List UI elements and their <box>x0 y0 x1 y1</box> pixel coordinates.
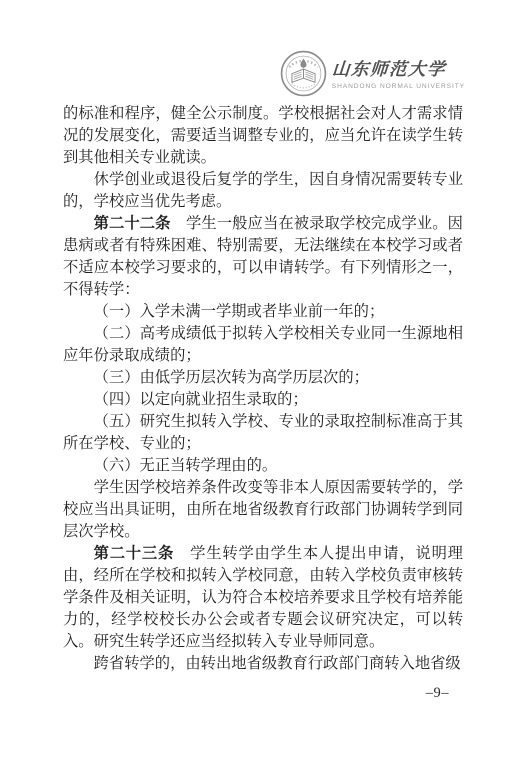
paragraph-text: 的标准和程序，健全公示制度。学校根据社会对人才需求情况的发展变化，需要适当调整专… <box>63 105 463 166</box>
paragraph: 休学创业或退役后复学的学生，因自身情况需要转专业的，学校应当优先考虑。 <box>63 169 463 213</box>
logo-names: 山东师范大学 SHANDONG NORMAL UNIVERSITY <box>332 57 465 91</box>
paragraph: （四）以定向就业招生录取的； <box>63 389 463 411</box>
paragraph: 跨省转学的，由转出地省级教育行政部门商转入地省级 <box>63 653 463 675</box>
paragraph: （一）入学未满一学期或者毕业前一年的； <box>63 301 463 323</box>
page-footer: –9– <box>63 684 463 702</box>
article-number: 第二十二条 <box>94 215 171 232</box>
paragraph: 第二十三条 学生转学由学生本人提出申请，说明理由，经所在学校和拟转入学校同意，由… <box>63 543 463 653</box>
page-number: –9– <box>426 685 449 701</box>
document-body: 的标准和程序，健全公示制度。学校根据社会对人才需求情况的发展变化，需要适当调整专… <box>63 103 463 675</box>
university-name-en: SHANDONG NORMAL UNIVERSITY <box>332 82 465 91</box>
paragraph-text: （六）无正当转学理由的。 <box>94 457 278 474</box>
paragraph: （六）无正当转学理由的。 <box>63 455 463 477</box>
letterhead: 山东师范大学 SHANDONG NORMAL UNIVERSITY <box>280 50 465 97</box>
paragraph: 第二十二条 学生一般应当在被录取学校完成学业。因患病或者有特殊困难、特别需要，无… <box>63 213 463 301</box>
paragraph-text: （一）入学未满一学期或者毕业前一年的； <box>94 303 385 320</box>
paragraph: （二）高考成绩低于拟转入学校相关专业同一生源地相应年份录取成绩的； <box>63 323 463 367</box>
university-name-zh: 山东师范大学 <box>331 57 466 81</box>
paragraph-text: （三）由低学历层次转为高学历层次的； <box>94 369 369 386</box>
paragraph-text: 跨省转学的，由转出地省级教育行政部门商转入地省级 <box>94 655 461 672</box>
paragraph-text: （五）研究生拟转入学校、专业的录取控制标准高于其所在学校、专业的； <box>63 413 463 452</box>
university-seal-icon <box>280 50 327 97</box>
paragraph: 学生因学校培养条件改变等非本人原因需要转学的，学校应当出具证明，由所在地省级教育… <box>63 477 463 543</box>
document-page: { "colors": { "page_background": "#fffff… <box>0 0 525 768</box>
paragraph-text: （四）以定向就业招生录取的； <box>94 391 308 408</box>
paragraph-text: 休学创业或退役后复学的学生，因自身情况需要转专业的，学校应当优先考虑。 <box>63 171 463 210</box>
article-number: 第二十三条 <box>94 545 174 562</box>
paragraph: 的标准和程序，健全公示制度。学校根据社会对人才需求情况的发展变化，需要适当调整专… <box>63 103 463 169</box>
paragraph: （五）研究生拟转入学校、专业的录取控制标准高于其所在学校、专业的； <box>63 411 463 455</box>
paragraph-text: （二）高考成绩低于拟转入学校相关专业同一生源地相应年份录取成绩的； <box>63 325 463 364</box>
paragraph-text: 学生因学校培养条件改变等非本人原因需要转学的，学校应当出具证明，由所在地省级教育… <box>63 479 463 540</box>
paragraph: （三）由低学历层次转为高学历层次的； <box>63 367 463 389</box>
